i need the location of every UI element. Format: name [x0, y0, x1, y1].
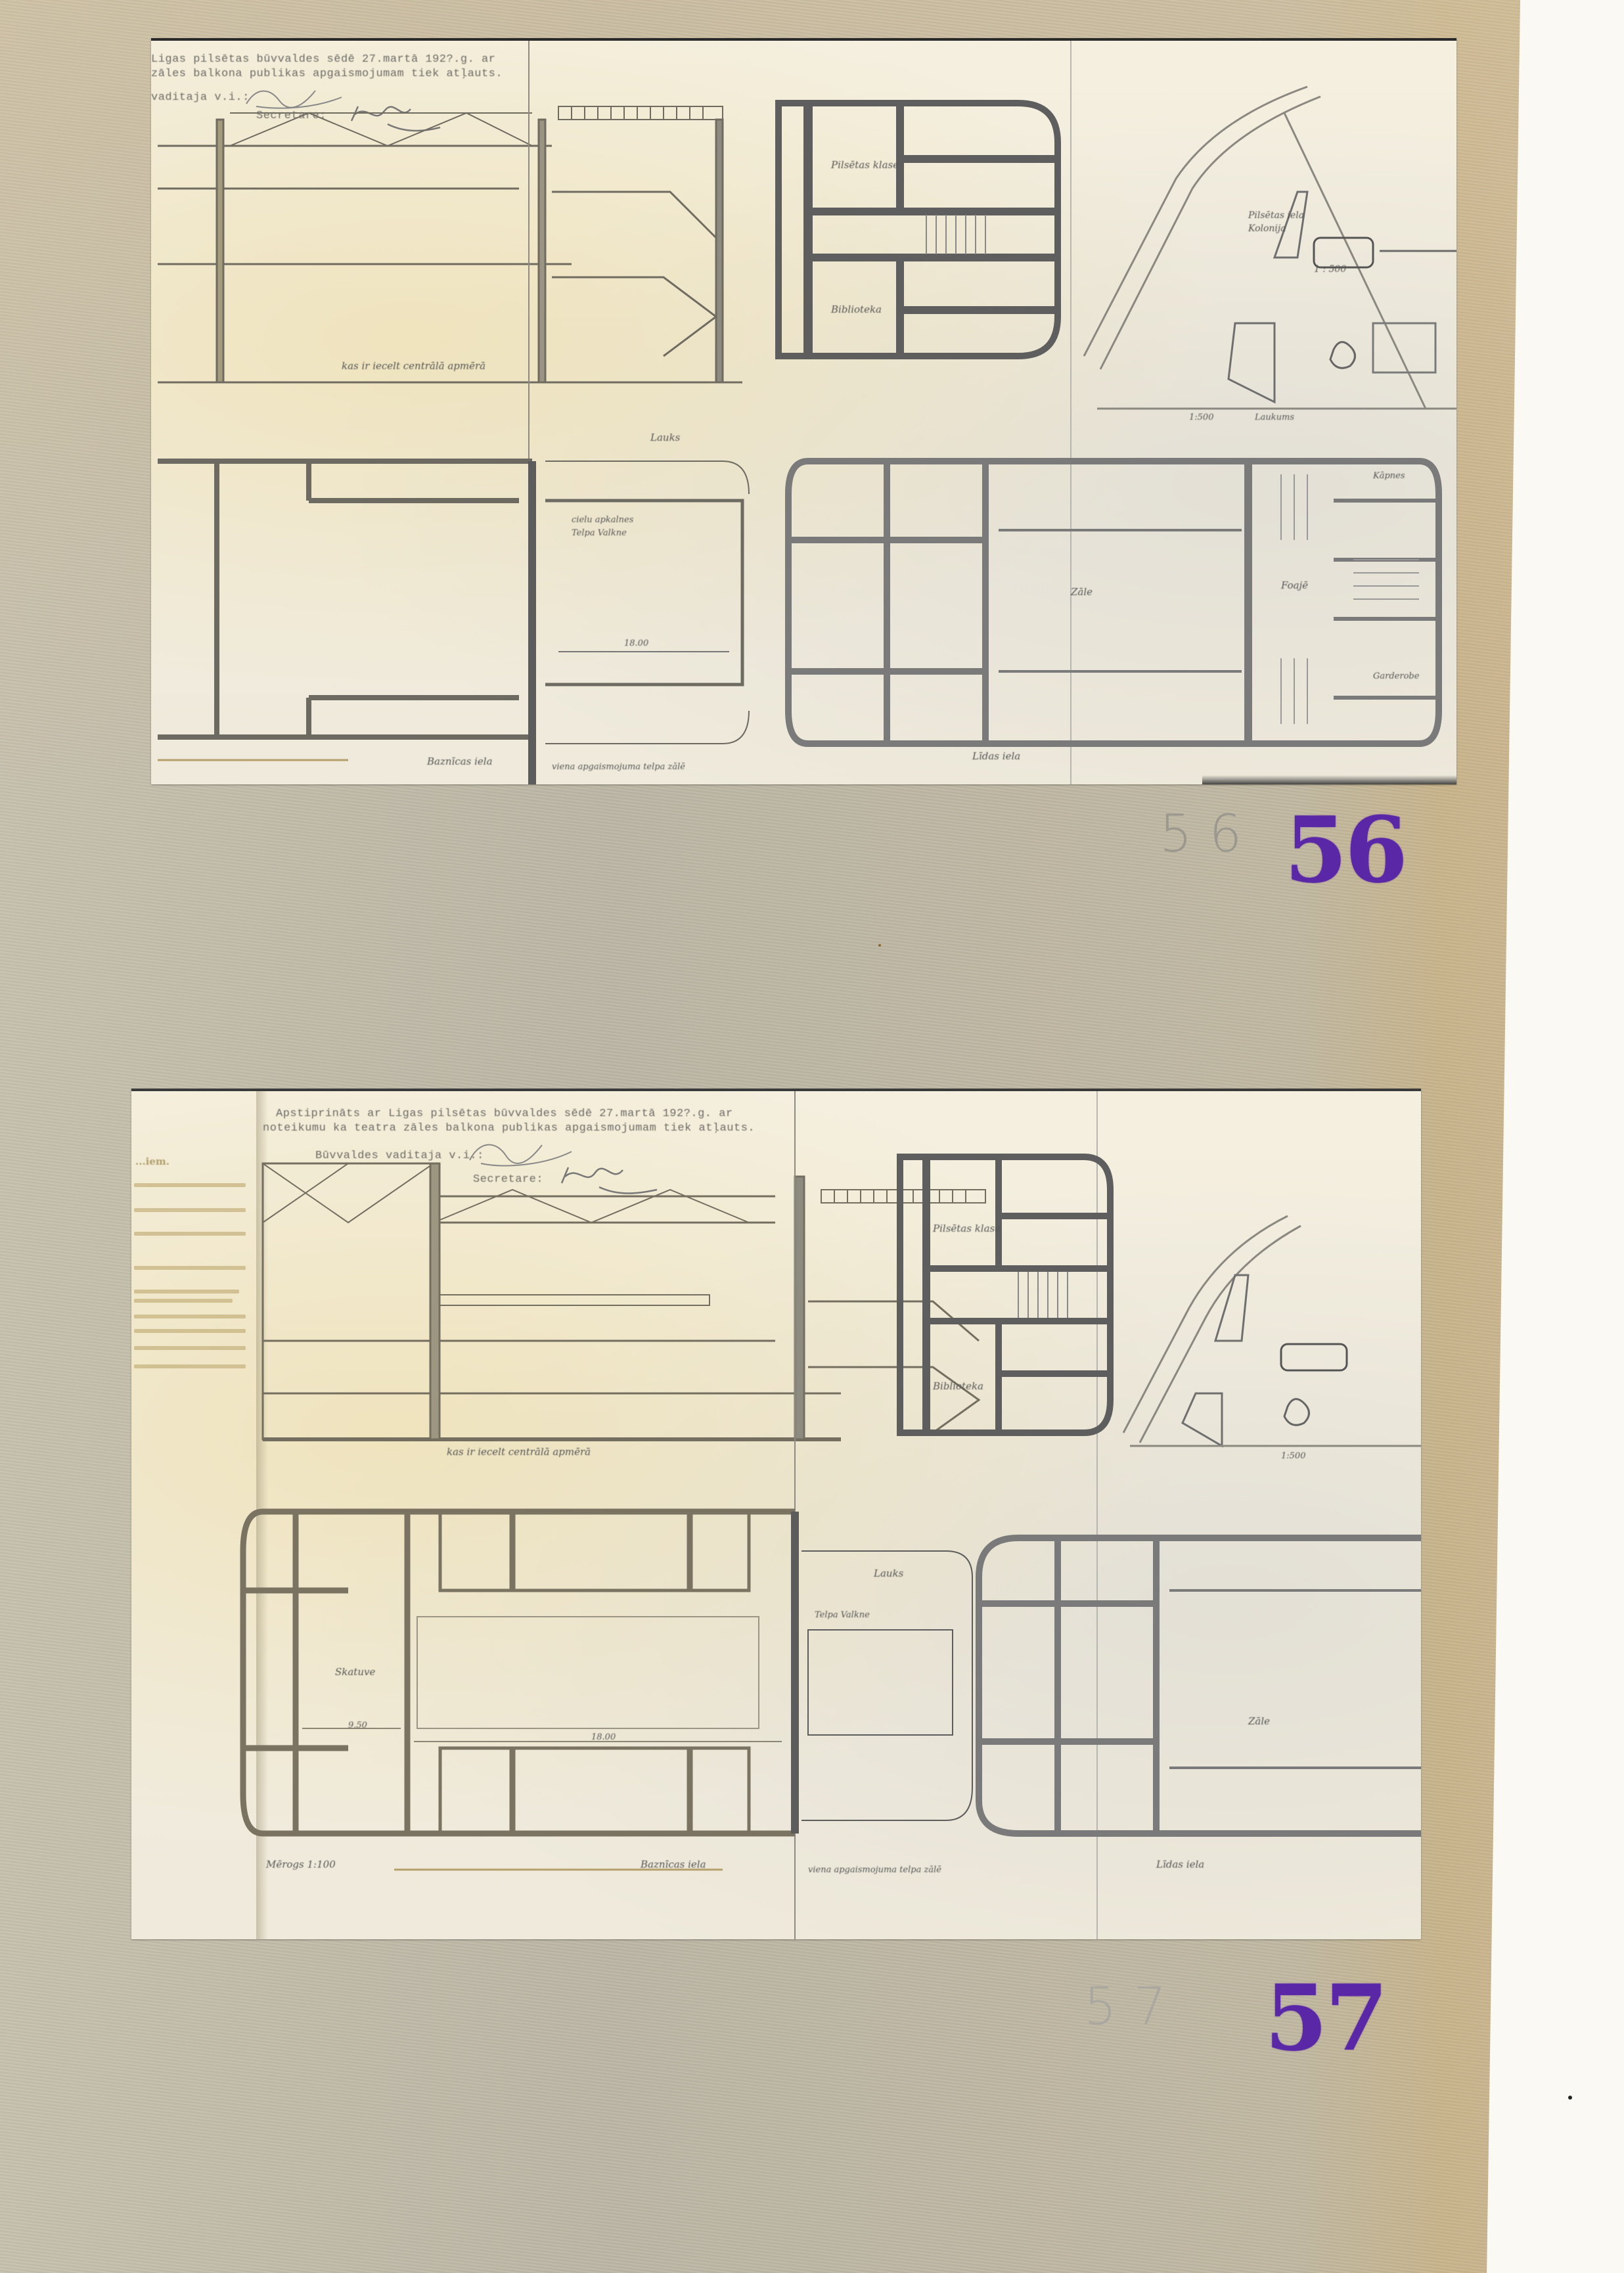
pencil-page-number-56: 56: [1160, 805, 1259, 864]
label-site-street-b: Laukums: [1255, 413, 1294, 422]
label-courtyard: Lauks: [650, 432, 680, 443]
speck: [878, 944, 881, 947]
label-section-note: kas ir iecelt centrālā apmērā: [447, 1446, 591, 1458]
pencil-page-number-57: 57: [1084, 1977, 1183, 2037]
label-site-scale: 1 : 500: [1314, 264, 1346, 275]
label-annex-note-1: cielu apkalnes: [572, 515, 633, 525]
label-section-note: kas ir iecelt centrālā apmērā: [342, 360, 485, 372]
label-street-bottom-left: Baznīcas iela: [641, 1858, 706, 1870]
photo-edge-shadow: [1202, 775, 1456, 784]
blueprint-photo-56: Ligas pilsētas būvvaldes sēdē 27.martā 1…: [151, 38, 1456, 784]
label-room-top: Pilsētas klase: [933, 1223, 1001, 1234]
label-room-top: Pilsētas klase: [831, 159, 899, 171]
label-room-bottom: Biblioteka: [831, 304, 882, 315]
label-annex-note: Telpa Valkne: [815, 1610, 870, 1620]
speck: [1568, 2096, 1572, 2100]
label-site-street-a: 1:500: [1189, 413, 1213, 422]
label-scale: Mērogs 1:100: [266, 1858, 336, 1870]
stamp-page-number-56: 56: [1284, 796, 1405, 903]
blueprint-photo-57: ...iem. Apstiprināts ar Ligas pilsētas b…: [131, 1089, 1421, 1939]
stamp-page-number-57: 57: [1265, 1964, 1386, 2071]
label-dimension-left: 9.50: [348, 1721, 367, 1730]
label-annex-note-2: Telpa Valkne: [572, 528, 627, 538]
label-courtyard: Lauks: [874, 1567, 903, 1579]
label-left-hall: Skatuve: [335, 1666, 375, 1678]
label-hall: Zāle: [1248, 1715, 1270, 1727]
label-street-bottom-right: Līdas iela: [972, 750, 1020, 762]
label-street-bottom-left: Baznīcas iela: [427, 755, 493, 767]
label-street-bottom-mid: viena apgaismojuma telpa zālē: [808, 1865, 941, 1875]
label-site-note-1: Pilsētas iela: [1248, 210, 1304, 221]
label-cloakroom: Garderobe: [1373, 671, 1419, 681]
label-site-note-2: Kolonija: [1248, 223, 1286, 234]
label-street-bottom-right: Līdas iela: [1156, 1858, 1204, 1870]
label-stairs: Kāpnes: [1373, 471, 1405, 481]
floor-plan-drawing-57: [131, 1091, 1421, 1939]
label-street-bottom-mid: viena apgaismojuma telpa zālē: [552, 762, 685, 772]
label-site-street: 1:500: [1281, 1451, 1305, 1461]
label-room-bottom: Biblioteka: [933, 1380, 983, 1392]
label-dimension: 18.00: [624, 639, 648, 648]
label-foyer: Foajē: [1281, 579, 1308, 591]
label-hall: Zāle: [1071, 586, 1093, 598]
label-dimension-main: 18.00: [591, 1732, 616, 1742]
